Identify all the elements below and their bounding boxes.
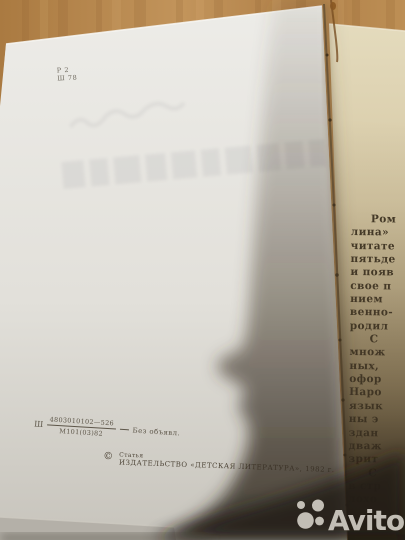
text-line: здан — [349, 426, 405, 440]
text-line: венно- — [350, 306, 405, 320]
text-line: Наро — [349, 386, 405, 400]
catalog-prefix: Ш — [34, 420, 44, 430]
spine-crack-mark — [331, 0, 337, 62]
text-line: родил — [350, 320, 405, 334]
text-line: лина» — [351, 226, 405, 240]
text-line: нием — [350, 293, 405, 307]
cover-edge-strip — [0, 517, 176, 540]
copyright-icon: © — [103, 451, 113, 463]
text-line: дваж — [348, 440, 405, 454]
text-line: С — [350, 333, 405, 347]
text-line: свое п — [350, 280, 405, 294]
text-line: множ — [349, 346, 405, 360]
text-line: С — [348, 467, 405, 481]
library-stamp: Р 2 Ш 78 — [57, 65, 78, 82]
text-line: лохо — [348, 493, 405, 507]
text-line: ных, — [349, 360, 405, 374]
text-line: и появ — [350, 266, 405, 280]
text-line: офор — [349, 373, 405, 387]
text-line: в стр — [348, 480, 405, 494]
catalog-suffix: Без объявл. — [132, 426, 180, 437]
copyright-block: © Статья ИЗДАТЕЛЬСТВО «ДЕТСКАЯ ЛИТЕРАТУР… — [103, 451, 335, 475]
text-line: язык — [349, 400, 405, 414]
avito-watermark-label: Avito — [328, 504, 405, 537]
text-line: зрит — [348, 453, 405, 467]
text-line: Ром — [351, 213, 405, 227]
book-photo: Р 2 Ш 78 Ш 4803010102—526 М101(03)82 Без… — [0, 0, 405, 540]
text-line: читате — [351, 240, 405, 254]
right-page-text-column: Ром лина» читате пятьде и появ свое п ни… — [348, 213, 405, 507]
copyright-text: Статья ИЗДАТЕЛЬСТВО «ДЕТСКАЯ ЛИТЕРАТУРА»… — [119, 452, 335, 476]
avito-logo-icon — [297, 500, 324, 529]
show-through-ghost-text — [61, 102, 326, 189]
catalog-dash — [120, 429, 129, 431]
stamp-line2: Ш 78 — [57, 73, 78, 82]
text-line: пятьде — [350, 253, 405, 267]
catalog-number: Ш 4803010102—526 М101(03)82 Без объявл. — [34, 415, 181, 443]
stitch-marks — [326, 54, 349, 507]
catalog-fraction: 4803010102—526 М101(03)82 — [47, 415, 117, 438]
bottom-edge-shade — [0, 534, 210, 540]
text-line: ны э — [349, 413, 405, 427]
